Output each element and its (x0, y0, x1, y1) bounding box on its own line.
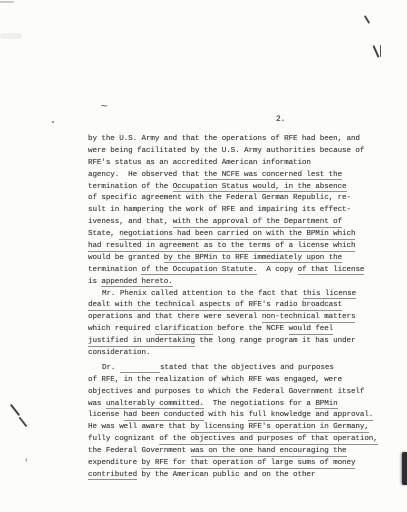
text-segment: of RFE, in the realization of which RFE … (88, 376, 342, 384)
scan-smudge (0, 33, 22, 39)
document-line: objectives and purposes to which the Fed… (88, 387, 388, 399)
underlined-text-segment: this license (303, 290, 356, 300)
document-line: had resulted in agreement as to the term… (88, 241, 388, 253)
document-line: agency. He observed that the NCFE was co… (88, 170, 388, 182)
text-segment: with his (204, 411, 249, 419)
text-segment: termination (88, 266, 141, 274)
underlined-text-segment: dealt with the technical aspects of RFE'… (88, 301, 342, 311)
underlined-text-segment: by licensing RFE's operation in Germany, (191, 423, 369, 433)
scan-corner-artifact (0, 1, 14, 3)
left-margin-slash-mark (10, 404, 20, 416)
underlined-text-segment: negotiations had been carried on with th… (119, 230, 355, 240)
underlined-text-segment: of the Occupation Statute. (141, 266, 257, 276)
text-segment: license (88, 411, 124, 419)
margin-pencil-mark (380, 45, 381, 57)
pencil-tick-mark (364, 15, 370, 24)
document-line: contributed by the American public and o… (88, 470, 388, 482)
document-line: termination of the Occupation Status wou… (88, 182, 388, 194)
document-line: consideration. (88, 348, 388, 360)
document-line: iveness, and that, with the approval of … (88, 217, 388, 229)
underlined-text-segment: BPMin (315, 400, 337, 410)
document-line: dealt with the technical aspects of RFE'… (88, 300, 388, 312)
underlined-text-segment: had resulted in agreement as to the term… (88, 242, 355, 252)
text-segment: by the American public and on the other (137, 471, 315, 479)
document-line: the Federal Government was on the one ha… (88, 446, 388, 458)
document-line: license had been conducted with his full… (88, 410, 388, 422)
underlined-text-segment: contributed (88, 471, 137, 481)
document-line: RFE's status as an accredited American i… (88, 158, 388, 170)
underlined-text-segment: of the objectives and purposes of that o… (159, 435, 377, 445)
paragraph: Dr. stated that the objectives and purpo… (88, 363, 388, 482)
document-line: sult in hampering the work of RFE and im… (88, 205, 388, 217)
text-segment: A copy (257, 266, 297, 274)
document-page: ~ ‹ 2. by the U.S. Army and that the ope… (0, 0, 407, 512)
text-segment: State, (88, 230, 119, 238)
text-segment: agency. He observed that (88, 171, 204, 179)
text-segment: by the U.S. Army and that the operations… (88, 135, 360, 143)
underlined-text-segment: clarification (155, 325, 213, 335)
text-segment: Mr. Phenix called attention to the fact … (102, 290, 303, 298)
paragraph: Mr. Phenix called attention to the fact … (88, 289, 388, 360)
document-line: were being facilitated by the U.S. Army … (88, 146, 388, 158)
underlined-text-segment: by RFE for that operation of large sums … (141, 459, 355, 469)
underlined-text-segment: of that license (298, 266, 365, 276)
text-segment: of specific agreement with the Federal G… (88, 194, 351, 202)
document-line: fully cognizant of the objectives and pu… (88, 434, 388, 446)
text-segment: expenditure (88, 459, 141, 467)
document-line: would be granted by the BPMin to RFE imm… (88, 253, 388, 265)
document-body: by the U.S. Army and that the operations… (88, 134, 388, 482)
underlined-text-segment: the NCFE was concerned lest the (204, 171, 342, 181)
text-segment: Dr. (102, 364, 120, 372)
page-number: 2. (276, 116, 285, 124)
text-segment: consideration. (88, 349, 150, 357)
underlined-text-segment: with the approval of the Department of (173, 218, 342, 228)
document-line: Dr. stated that the objectives and purpo… (88, 363, 388, 375)
text-segment: the Federal Government (88, 447, 191, 455)
underlined-text-segment: had been conducted (124, 411, 204, 421)
text-segment: is (88, 278, 101, 286)
underlined-text-segment: justified in undertaking (88, 337, 195, 347)
squiggle-mark: ~ (100, 101, 108, 112)
text-segment: the long range program it has under (195, 337, 355, 345)
underlined-text-segment: full knowledge and approval. (248, 411, 373, 421)
document-line: State, negotiations had been carried on … (88, 229, 388, 241)
text-segment: fully cognizant (88, 435, 159, 443)
text-segment: sult in hampering the work of RFE and im… (88, 206, 351, 214)
document-line: He was well aware that by licensing RFE'… (88, 422, 388, 434)
text-segment: RFE's status as an accredited American i… (88, 159, 311, 167)
small-margin-mark: ‹ (24, 456, 29, 465)
document-line: of RFE, in the realization of which RFE … (88, 375, 388, 387)
document-line: was unalterably committed. The negotiati… (88, 399, 388, 411)
underlined-text-segment: unalterably committed. (106, 400, 204, 410)
text-segment: The negotiations for a (204, 400, 315, 408)
underlined-text-segment: by the BPMin to RFE immediately upon the (164, 254, 342, 264)
left-margin-slash-mark (18, 417, 27, 427)
text-segment: were being facilitated by the U.S. Army … (88, 147, 364, 155)
underlined-text-segment: was on the one hand encouraging the (191, 447, 347, 457)
document-line: which required clarification before the … (88, 324, 388, 336)
paragraph: by the U.S. Army and that the operations… (88, 134, 388, 289)
text-segment: operations and that there were several (88, 313, 262, 321)
document-line: is appended hereto. (88, 277, 388, 289)
document-line: Mr. Phenix called attention to the fact … (88, 289, 388, 301)
ink-dot (52, 121, 54, 123)
margin-pencil-mark (372, 45, 379, 58)
text-segment: stated that the objectives and purposes (160, 364, 334, 372)
document-line: of specific agreement with the Federal G… (88, 193, 388, 205)
document-line: termination of the Occupation Statute. A… (88, 265, 388, 277)
document-line: expenditure by RFE for that operation of… (88, 458, 388, 470)
document-line: justified in undertaking the long range … (88, 336, 388, 348)
text-segment: was (88, 400, 106, 408)
underlined-text-segment: would feel (289, 325, 334, 335)
document-line: by the U.S. Army and that the operations… (88, 134, 388, 146)
text-segment: before the NCFE (213, 325, 289, 333)
text-segment: objectives and purposes to which the Fed… (88, 388, 364, 396)
underlined-text-segment (120, 364, 160, 374)
underlined-text-segment: appended hereto. (101, 278, 172, 288)
text-segment: termination of the (88, 183, 173, 191)
document-line: operations and that there were several n… (88, 312, 388, 324)
scan-edge-artifact (402, 452, 407, 485)
text-segment: iveness, and that, (88, 218, 173, 226)
underlined-text-segment: Occupation Status would, in the absence (173, 183, 347, 193)
text-segment: He was well aware that (88, 423, 191, 431)
text-segment: which required (88, 325, 155, 333)
underlined-text-segment: non-technical matters (262, 313, 356, 323)
text-segment: would be granted (88, 254, 164, 262)
